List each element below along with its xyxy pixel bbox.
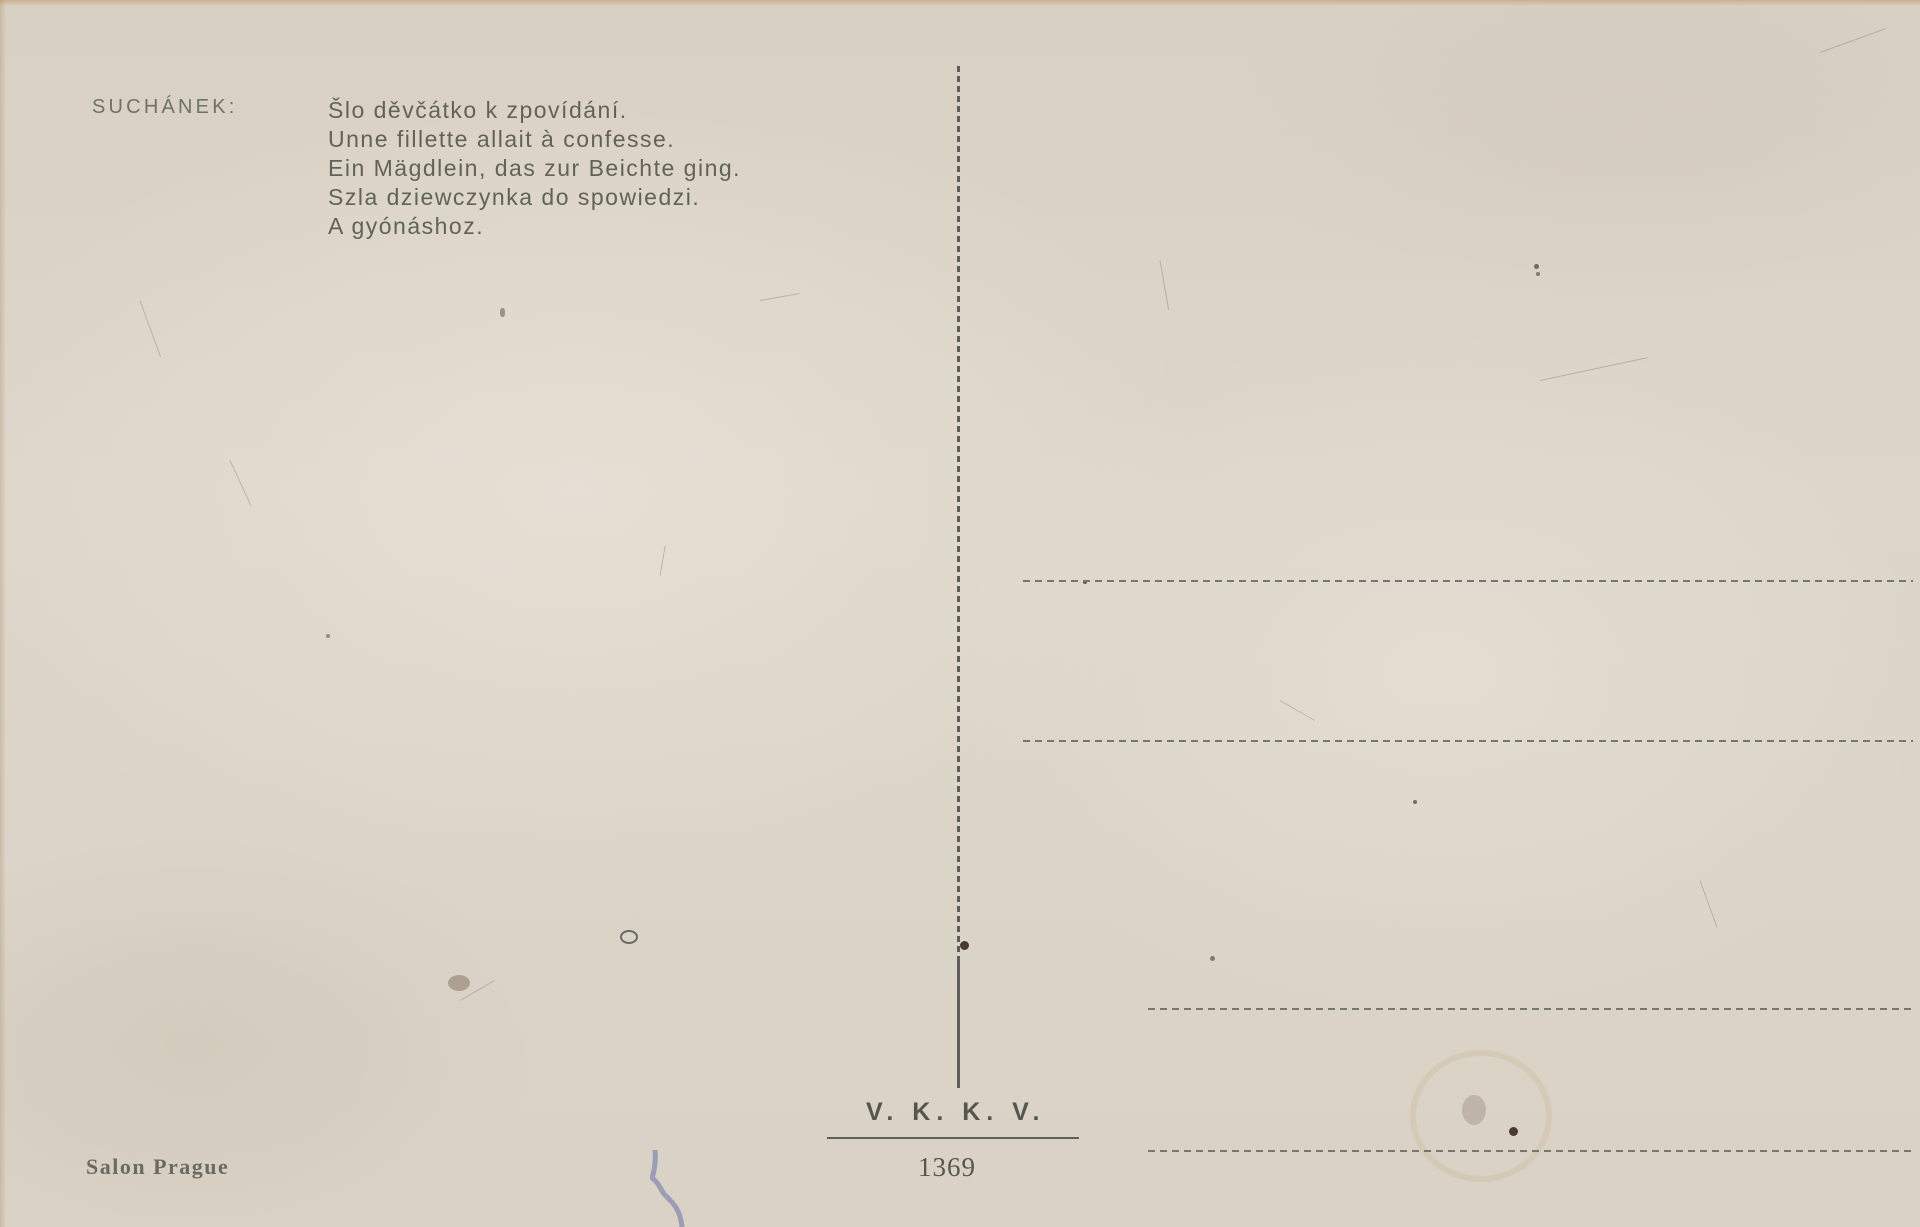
- ink-speck: [1536, 272, 1540, 276]
- ink-speck: [326, 634, 330, 638]
- artist-name: SUCHÁNEK:: [92, 96, 238, 119]
- pencil-circle-mark: [620, 930, 638, 944]
- card-number: 1369: [918, 1152, 976, 1183]
- ink-speck: [1413, 800, 1417, 804]
- series-rule: [827, 1137, 1079, 1139]
- address-line-4: [1148, 1150, 1913, 1152]
- blue-ink-mark: [650, 1150, 690, 1227]
- center-divider-dashed: [957, 66, 960, 1088]
- ink-speck: [500, 308, 505, 317]
- paper-fiber: [140, 300, 161, 357]
- paper-fiber: [1540, 357, 1648, 381]
- paper-fiber: [760, 293, 800, 301]
- caption-line-french: Unne fillette allait à confesse.: [328, 125, 741, 154]
- address-line-3: [1148, 1008, 1913, 1010]
- postcard-back: SUCHÁNEK: Šlo děvčátko k zpovídání. Unne…: [0, 0, 1920, 1227]
- ink-speck: [960, 941, 969, 950]
- address-line-2: [1023, 740, 1913, 742]
- caption-line-german: Ein Mägdlein, das zur Beichte ging.: [328, 154, 741, 183]
- paper-fiber: [230, 460, 252, 506]
- paper-fiber: [1160, 260, 1170, 309]
- ink-speck: [1534, 264, 1539, 269]
- series-code: V. K. K. V.: [866, 1098, 1046, 1127]
- caption-line-czech: Šlo děvčátko k zpovídání.: [328, 96, 741, 125]
- stain-spot: [448, 975, 470, 991]
- caption-line-hungarian: A gyónáshoz.: [328, 212, 741, 241]
- ink-speck: [1210, 956, 1215, 961]
- caption-line-polish: Szla dziewczynka do spowiedzi.: [328, 183, 741, 212]
- paper-fiber: [660, 546, 666, 576]
- paper-fiber: [1820, 28, 1886, 53]
- address-line-1: [1023, 580, 1913, 582]
- publisher-name: Salon Prague: [86, 1154, 229, 1180]
- paper-fiber: [1280, 700, 1315, 721]
- worn-edge-top: [0, 0, 1920, 6]
- paper-fiber: [1700, 880, 1718, 927]
- caption-verse: Šlo děvčátko k zpovídání. Unne fillette …: [328, 96, 741, 241]
- center-divider-solid: [957, 960, 960, 1088]
- worn-edge-left: [0, 0, 6, 1227]
- faded-stamp-ring: [1410, 1050, 1552, 1182]
